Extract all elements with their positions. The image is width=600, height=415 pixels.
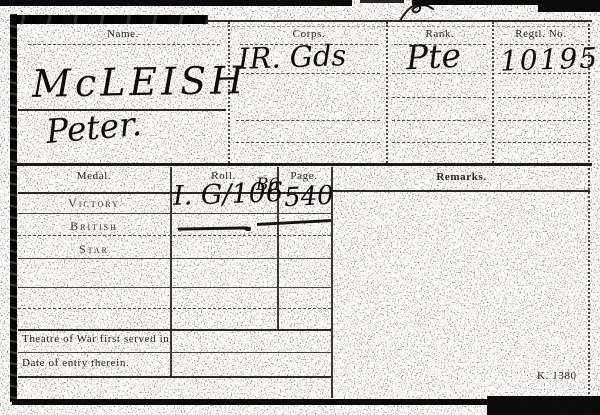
regtl-row-rule [498, 142, 586, 143]
corps-handwriting: IR. Gds [238, 41, 347, 74]
card-top-border-thick [10, 15, 208, 24]
remarks-header-rule [333, 190, 590, 192]
corps-column-label: Corps. [232, 28, 386, 40]
medal-column-label: Medal. [18, 170, 170, 182]
pen-dash-roll [178, 226, 248, 230]
card-top-border-line [206, 20, 592, 22]
card-top-rule-dashed [212, 26, 590, 27]
regtl-no-column-label: Regtl. No. [494, 28, 588, 40]
scan-edge-bottom [12, 399, 490, 405]
remarks-label: Remarks. [333, 171, 590, 183]
theatre-row-top-rule [18, 329, 331, 331]
corps-row-rule [236, 142, 380, 143]
theatre-row-rule [18, 352, 331, 353]
medal-table-rule [18, 287, 331, 288]
date-of-entry-label: Date of entry therein. [22, 357, 129, 369]
medal-table-rule [18, 258, 331, 259]
forename-handwriting: Peter. [45, 107, 143, 148]
name-column-label: Name. [18, 28, 228, 40]
page-column-label: Page. [277, 170, 331, 182]
scan-edge-top-corner [538, 0, 600, 12]
medal-row-star: Star [18, 242, 170, 257]
card-right-border [588, 20, 590, 398]
date-row-rule [18, 376, 331, 378]
rank-row-rule [392, 142, 486, 143]
medal-table-rule [18, 235, 331, 236]
pen-dash-page [257, 219, 331, 226]
rank-handwriting: Pte [405, 39, 462, 75]
pen-dot [245, 227, 251, 231]
medal-table-rule [18, 308, 331, 309]
section-divider [10, 163, 592, 166]
rank-row-rule [392, 97, 486, 98]
medal-row-victory: Victory [18, 196, 170, 211]
scan-edge-top-mid [360, 0, 404, 3]
regtl-row-rule [498, 97, 586, 98]
form-code: K. 1380 [537, 370, 577, 382]
medal-roll-divider [170, 167, 172, 377]
medal-row-british: British [18, 219, 170, 234]
corps-rank-divider [386, 22, 388, 163]
name-header-rule [28, 44, 220, 45]
card-left-border [10, 14, 17, 402]
roll-number-superscript: B6 [256, 177, 279, 194]
rank-row-rule [392, 120, 486, 121]
regtl-no-handwriting: 10195 [500, 44, 600, 75]
scan-edge-top-left [0, 0, 352, 6]
surname-handwriting: McLEISH [32, 61, 248, 103]
regtl-row-rule [498, 120, 586, 121]
page-number-handwriting: 540 [283, 183, 334, 212]
scan-edge-bottom-right-block [487, 396, 600, 415]
theatre-of-war-label: Theatre of War first served in [22, 333, 169, 345]
corps-row-rule [236, 120, 380, 121]
rank-regtl-divider [492, 22, 494, 163]
medal-index-card-scan: Name. Corps. Rank. Regtl. No. McLEISH Pe… [0, 0, 600, 415]
